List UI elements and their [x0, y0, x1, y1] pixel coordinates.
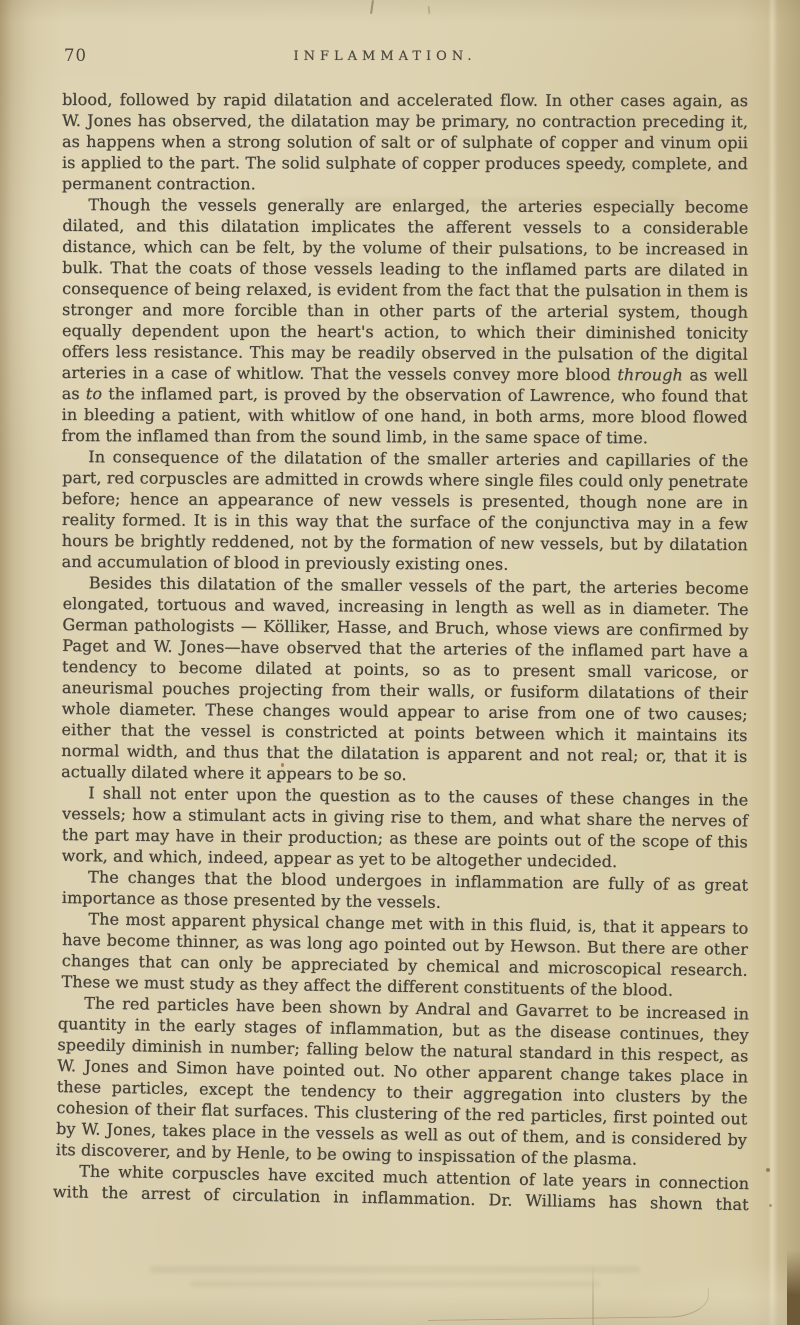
- paper-stain: [766, 1168, 770, 1172]
- paragraph-text: The most apparent physical change met wi…: [61, 909, 748, 999]
- paragraph-text: In consequence of the dilatation of the …: [62, 447, 749, 574]
- show-through-ghost-text: [190, 1281, 600, 1287]
- page-edge-shadow: [787, 1250, 800, 1325]
- book-page-scan: 70 INFLAMMATION. blood, followed by rapi…: [0, 0, 800, 1325]
- paragraph-text: The red particles have been shown by And…: [56, 993, 750, 1168]
- paragraph-text: blood, followed by rapid dilatation and …: [62, 90, 748, 193]
- paper-stain: [281, 763, 284, 767]
- paragraph: In consequence of the dilatation of the …: [62, 446, 749, 576]
- paragraph: The most apparent physical change met wi…: [61, 908, 748, 1002]
- scan-mark: [428, 6, 431, 14]
- paragraph-text: Though the vessels generally are enlarge…: [62, 195, 749, 384]
- paragraph-text: Besides this dilatation of the smaller v…: [61, 573, 749, 784]
- paragraph: blood, followed by rapid dilatation and …: [62, 89, 748, 195]
- paragraph-text: The changes that the blood undergoes in …: [62, 867, 748, 911]
- scan-mark: [370, 0, 374, 14]
- italic-term: to: [86, 384, 102, 403]
- page-curl-highlight: [568, 1255, 788, 1325]
- paragraph: Though the vessels generally are enlarge…: [62, 194, 749, 449]
- page-header: 70 INFLAMMATION.: [62, 46, 748, 68]
- italic-term: through: [617, 365, 683, 384]
- paper-stain: [769, 1204, 772, 1207]
- paragraph-text: the inflamed part, is proved by the obse…: [62, 384, 748, 447]
- paragraph: The red particles have been shown by And…: [56, 992, 750, 1171]
- show-through-ghost-text: [150, 1266, 640, 1273]
- page-crease: [592, 1263, 594, 1325]
- running-title: INFLAMMATION.: [42, 46, 728, 64]
- paragraph-text: I shall not enter upon the question as t…: [62, 783, 749, 871]
- page-curl-crease: [428, 1288, 709, 1321]
- page-content: 70 INFLAMMATION. blood, followed by rapi…: [62, 46, 748, 1202]
- paragraph: I shall not enter upon the question as t…: [62, 782, 749, 873]
- paragraph: Besides this dilatation of the smaller v…: [61, 572, 749, 788]
- body-text: blood, followed by rapid dilatation and …: [62, 89, 748, 1202]
